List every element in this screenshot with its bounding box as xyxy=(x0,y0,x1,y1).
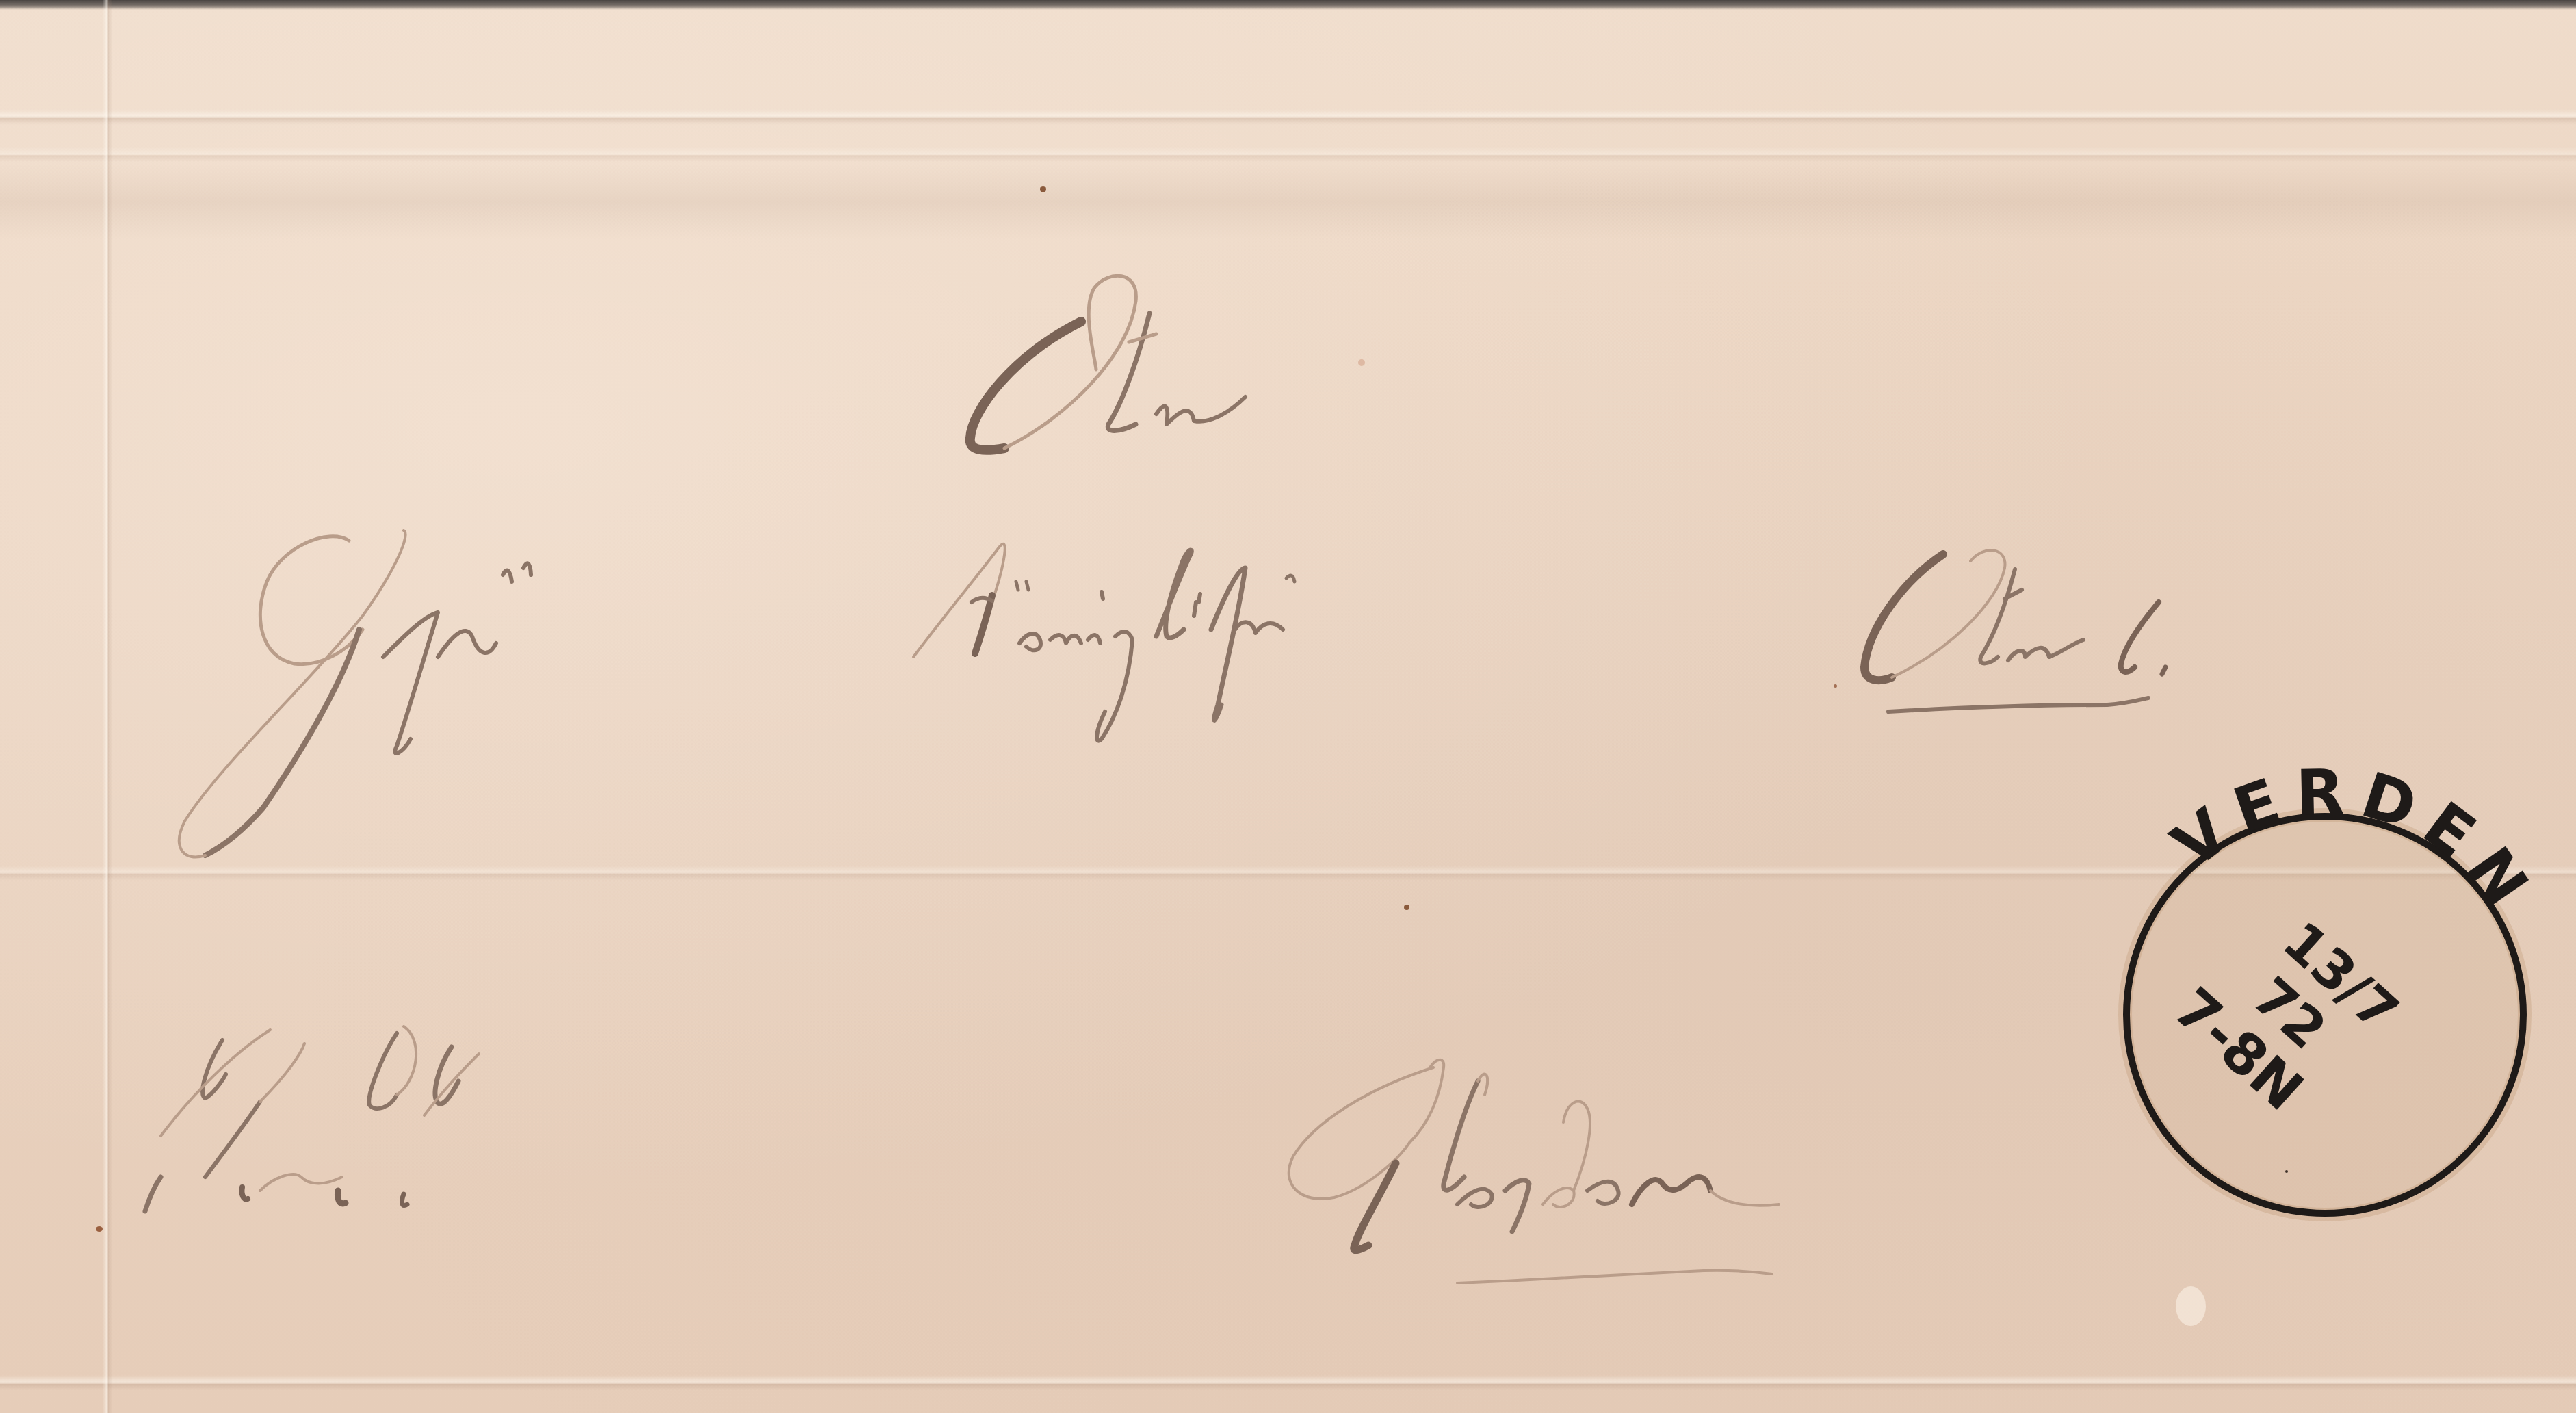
postmark: VERDEN 13/7 72 7-8N xyxy=(0,0,2576,1413)
